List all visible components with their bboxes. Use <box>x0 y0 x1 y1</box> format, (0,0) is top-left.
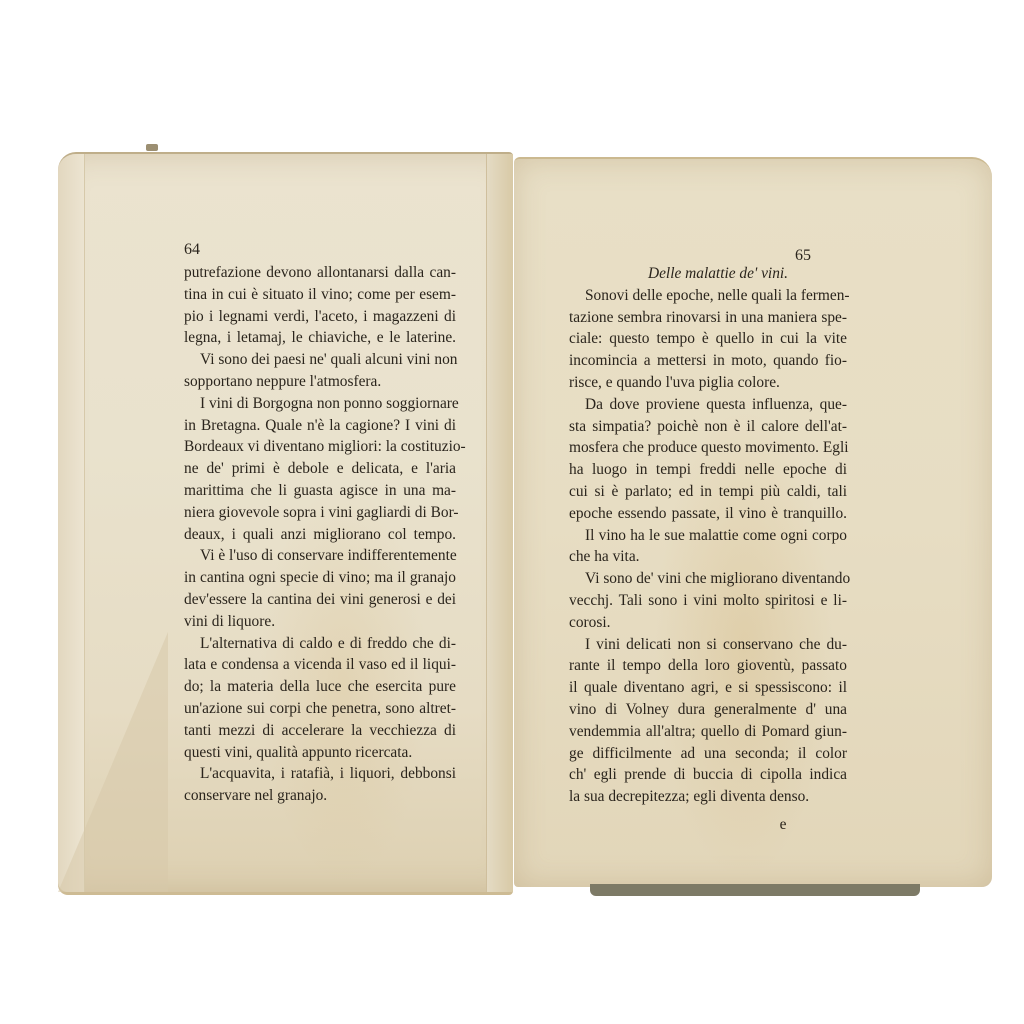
text-line: risce, e quando l'uva piglia colore. <box>569 372 847 394</box>
text-line: che ha vita. <box>569 546 847 568</box>
text-line: tina in cui è situato il vino; come per … <box>184 284 456 306</box>
text-line: vendemmia all'altra; quello di Pomard gi… <box>569 721 847 743</box>
folded-corner <box>58 632 168 892</box>
text-line: in cantina ogni specie di vino; ma il gr… <box>184 567 456 589</box>
text-line: tanti mezzi di accelerare la vecchiezza … <box>184 720 456 742</box>
text-line: sta simpatia? poichè non è il calore del… <box>569 416 847 438</box>
text-line: vini di liquore. <box>184 611 456 633</box>
text-line: Da dove proviene questa influenza, que- <box>569 394 847 416</box>
text-line: Vi sono de' vini che migliorano diventan… <box>569 568 847 590</box>
open-book: 64 putrefazione devono allontanarsi dall… <box>0 0 1024 1024</box>
text-line: incomincia a mettersi in moto, quando fi… <box>569 350 847 372</box>
text-line: ha luogo in tempi freddi nelle epoche di <box>569 459 847 481</box>
text-line: mosfera che produce questo movimento. Eg… <box>569 437 847 459</box>
text-line: I vini di Borgogna non ponno soggiornare <box>184 393 456 415</box>
text-line: putrefazione devono allontanarsi dalla c… <box>184 262 456 284</box>
text-line: lata e condensa a vicenda il vaso ed il … <box>184 654 456 676</box>
text-line: do; la materia della luce che esercita p… <box>184 676 456 698</box>
text-line: legna, i letamaj, le chiaviche, e le lat… <box>184 327 456 349</box>
text-line: vecchj. Tali sono i vini molto spiritosi… <box>569 590 847 612</box>
right-page-text: Delle malattie de' vini. Sonovi delle ep… <box>569 263 847 836</box>
text-line: un'azione sui corpi che penetra, sono al… <box>184 698 456 720</box>
text-line: ge difficilmente ad una seconda; il colo… <box>569 743 847 765</box>
text-line: Vi è l'uso di conservare indifferentemen… <box>184 545 456 567</box>
text-line: ne de' primi è debole e delicata, e l'ar… <box>184 458 456 480</box>
binding-tab <box>146 144 158 151</box>
text-line: sopportano neppure l'atmosfera. <box>184 371 456 393</box>
right-page: 65 Delle malattie de' vini. Sonovi delle… <box>514 157 992 887</box>
page-block-edge <box>590 884 920 896</box>
text-line: conservare nel granajo. <box>184 785 456 807</box>
text-line: Vi sono dei paesi ne' quali alcuni vini … <box>184 349 456 371</box>
left-page: 64 putrefazione devono allontanarsi dall… <box>58 152 513 895</box>
text-line: ch' egli prende di buccia di cipolla ind… <box>569 764 847 786</box>
text-line: Sonovi delle epoche, nelle quali la ferm… <box>569 285 847 307</box>
left-gutter <box>486 154 513 892</box>
text-line: deaux, i quali anzi migliorano col tempo… <box>184 524 456 546</box>
catchword: e <box>569 814 847 836</box>
text-line: epoche essendo passate, il vino è tranqu… <box>569 503 847 525</box>
text-line: ciale: questo tempo è quello in cui la v… <box>569 328 847 350</box>
page-number: 64 <box>184 241 200 259</box>
left-page-text: putrefazione devono allontanarsi dalla c… <box>184 262 456 807</box>
text-line: rante il tempo della loro gioventù, pass… <box>569 655 847 677</box>
chapter-heading: Delle malattie de' vini. <box>569 263 847 285</box>
text-line: cui si è parlato; ed in tempi più caldi,… <box>569 481 847 503</box>
text-line: questi vini, qualità appunto ricercata. <box>184 742 456 764</box>
text-line: corosi. <box>569 612 847 634</box>
text-line: vino di Volney dura generalmente d' una <box>569 699 847 721</box>
text-line: niera giovevole sopra i vini gagliardi d… <box>184 502 456 524</box>
text-line: pio i legnami verdi, l'aceto, i magazzen… <box>184 306 456 328</box>
text-line: il quale diventano agri, e si spessiscon… <box>569 677 847 699</box>
text-line: marittima che li guasta agisce in una ma… <box>184 480 456 502</box>
text-line: L'acquavita, i ratafià, i liquori, debbo… <box>184 763 456 785</box>
text-line: la sua decrepitezza; egli diventa denso. <box>569 786 847 808</box>
text-line: I vini delicati non si conservano che du… <box>569 634 847 656</box>
text-line: dev'essere la cantina dei vini generosi … <box>184 589 456 611</box>
text-line: Bordeaux vi diventano migliori: la costi… <box>184 436 456 458</box>
text-line: L'alternativa di caldo e di freddo che d… <box>184 633 456 655</box>
text-line: in Bretagna. Quale n'è la cagione? I vin… <box>184 415 456 437</box>
text-line: Il vino ha le sue malattie come ogni cor… <box>569 525 847 547</box>
text-line: tazione sembra rinovarsi in una maniera … <box>569 307 847 329</box>
